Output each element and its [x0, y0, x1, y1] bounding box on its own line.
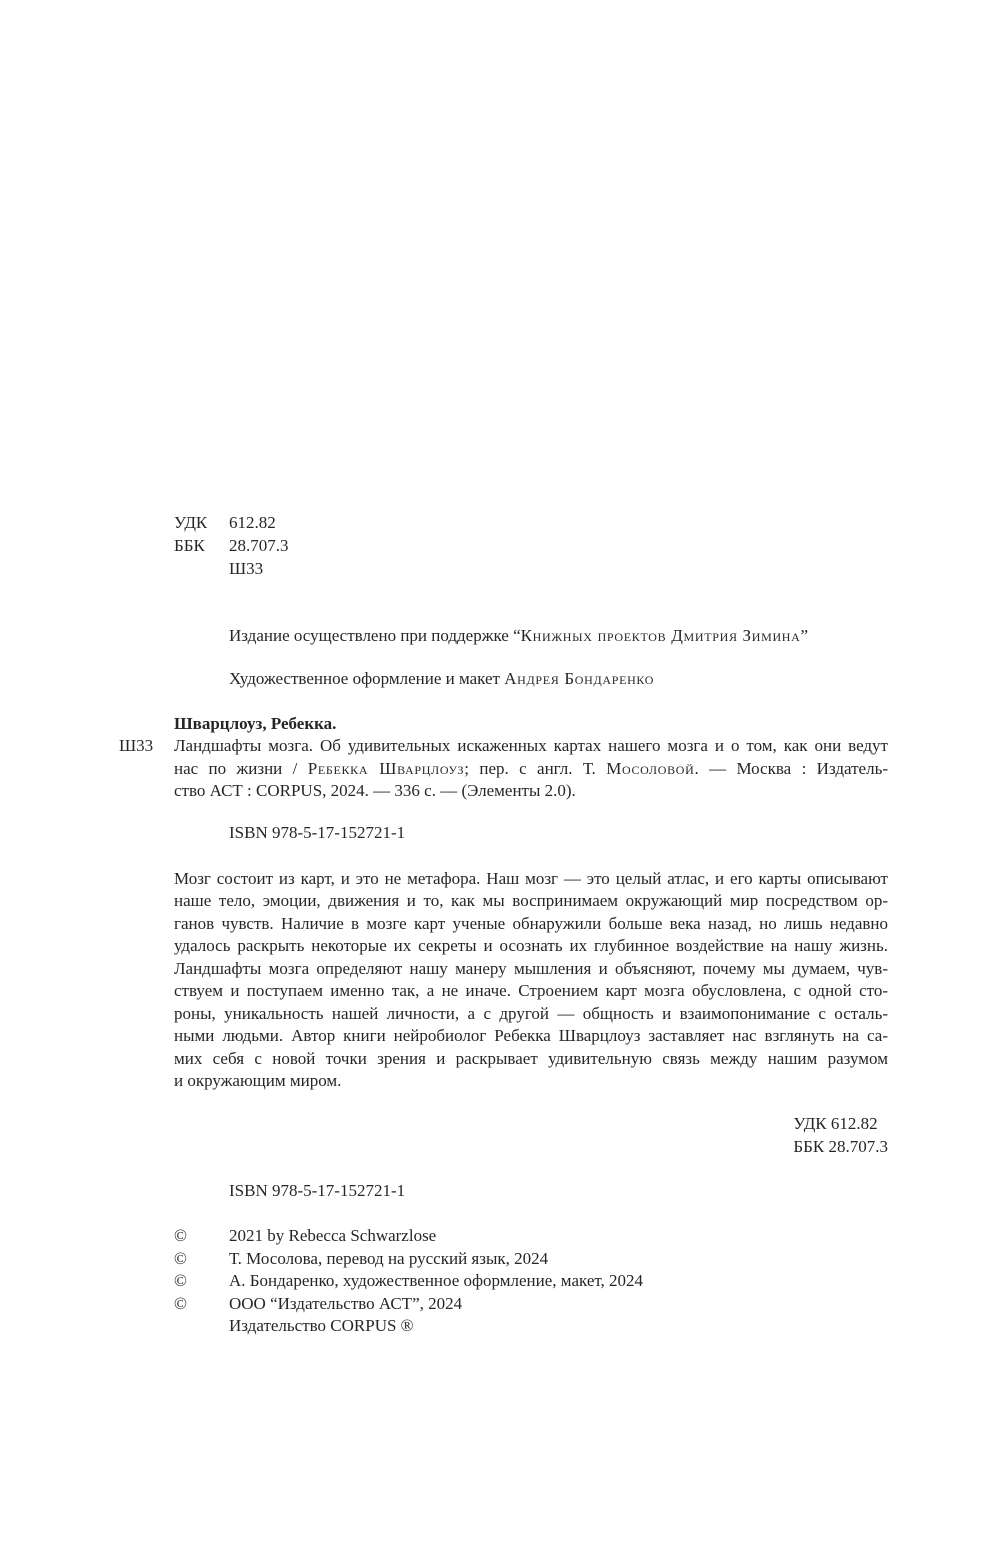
design-note-designer: Андрея Бондаренко	[504, 669, 654, 688]
copyright-text: А. Бондаренко, художественное оформление…	[229, 1271, 643, 1290]
annotation-line: Мозг состоит из карт, и это не метафора.…	[174, 868, 888, 890]
author-mark-row: Ш33	[174, 558, 263, 580]
bibliographic-description: Ландшафты мозга. Об удивительных искажен…	[174, 735, 888, 803]
annotation-line: ганов чувств. Наличие в мозге карт учены…	[174, 913, 888, 935]
copyright-symbol-icon: ©	[174, 1293, 229, 1316]
isbn-bottom: ISBN 978-5-17-152721-1	[229, 1180, 405, 1202]
text-run: ство АСТ : CORPUS, 2024. — 336 с. — (Эле…	[174, 781, 576, 800]
text-run: Ландшафты мозга. Об удивительных искажен…	[174, 736, 888, 755]
udk-label: УДК	[174, 512, 229, 534]
copyright-row: ©2021 by Rebecca Schwarzlose	[174, 1225, 436, 1248]
small-caps-name: Ребекка Шварцлоуз	[308, 759, 465, 778]
design-note: Художественное оформление и макет Андрея…	[229, 668, 654, 690]
annotation-line: наше тело, эмоции, движения и то, как мы…	[174, 890, 888, 912]
support-note-prefix: Издание осуществлено при поддержке “	[229, 626, 521, 645]
copyright-text: 2021 by Rebecca Schwarzlose	[229, 1226, 436, 1245]
annotation-line: ными людьми. Автор книги нейробиолог Реб…	[174, 1025, 888, 1047]
bbk-value: 28.707.3	[229, 536, 289, 555]
small-caps-name: Мосоловой	[606, 759, 694, 778]
text-run: ; пер. с англ. Т.	[464, 759, 606, 778]
bibliographic-line: Ландшафты мозга. Об удивительных искажен…	[174, 735, 888, 758]
copyright-text: ООО “Издательство АСТ”, 2024	[229, 1294, 462, 1313]
annotation-line: и окружающим миром.	[174, 1070, 888, 1092]
annotation-paragraph: Мозг состоит из карт, и это не метафора.…	[174, 868, 888, 1092]
text-run: . — Москва : Издатель-	[694, 759, 888, 778]
margin-author-mark: Ш33	[119, 735, 153, 757]
author-mark: Ш33	[229, 559, 263, 578]
bibliographic-line: нас по жизни / Ребекка Шварцлоуз; пер. с…	[174, 758, 888, 781]
copyright-row: Издательство CORPUS ®	[174, 1315, 414, 1338]
bbk-label: ББК	[174, 535, 229, 557]
copyright-symbol-icon: ©	[174, 1225, 229, 1248]
copyright-row: ©А. Бондаренко, художественное оформлени…	[174, 1270, 643, 1293]
copyright-row: ©ООО “Издательство АСТ”, 2024	[174, 1293, 462, 1316]
udk-code-row: УДК612.82	[174, 512, 276, 534]
bbk-code-row: ББК28.707.3	[174, 535, 289, 557]
right-codes: УДК 612.82 ББК 28.707.3	[793, 1113, 888, 1158]
copyright-text: Издательство CORPUS ®	[229, 1316, 414, 1335]
annotation-line: роны, уникальность нашей личности, а с д…	[174, 1003, 888, 1025]
annotation-line: удалось раскрыть некоторые их секреты и …	[174, 935, 888, 957]
support-note-suffix: ”	[801, 626, 809, 645]
support-note: Издание осуществлено при поддержке “Книж…	[229, 625, 808, 647]
annotation-line: ствуем и поступаем именно так, а не инач…	[174, 980, 888, 1002]
copyright-row: ©Т. Мосолова, перевод на русский язык, 2…	[174, 1248, 548, 1271]
annotation-line: мих себя с новой точки зрения и раскрыва…	[174, 1048, 888, 1070]
bibliographic-line: ство АСТ : CORPUS, 2024. — 336 с. — (Эле…	[174, 780, 888, 803]
annotation-line: Ландшафты мозга определяют нашу манеру м…	[174, 958, 888, 980]
design-note-prefix: Художественное оформление и макет	[229, 669, 504, 688]
udk-right: УДК 612.82	[793, 1113, 888, 1136]
text-run: нас по жизни /	[174, 759, 308, 778]
copyright-symbol-icon: ©	[174, 1270, 229, 1293]
bbk-right: ББК 28.707.3	[793, 1136, 888, 1159]
copyright-symbol-icon: ©	[174, 1248, 229, 1271]
udk-value: 612.82	[229, 513, 276, 532]
bibliographic-heading: Шварцлоуз, Ребекка.	[174, 713, 336, 735]
isbn-record: ISBN 978-5-17-152721-1	[229, 822, 405, 844]
support-note-sponsor: Книжных проектов Дмитрия Зимина	[521, 626, 801, 645]
copyright-text: Т. Мосолова, перевод на русский язык, 20…	[229, 1249, 548, 1268]
